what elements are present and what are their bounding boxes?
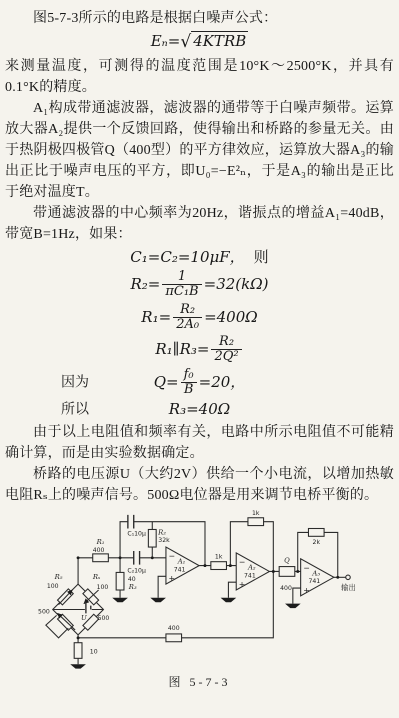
label-a3-plus: +: [303, 586, 310, 595]
fraction: R₂2A₀: [173, 303, 202, 333]
label-bridge-r5: R₅: [54, 573, 63, 581]
fraction-denominator: B: [181, 382, 197, 397]
label-a2-type: 741: [244, 572, 256, 579]
formula-r2-lhs: R₂=: [130, 275, 160, 293]
label-c1: C₁10μ: [127, 530, 146, 537]
label-bridge-rs-value: 100: [97, 584, 109, 591]
paragraph-experimental-note: 由于以上电阻值和频率有关，电路中所示电阻值不可能精确计算，而是由实验数据确定。: [5, 422, 394, 464]
circuit-diagram: R₁ 400 C₁10μ R₂ 32k C₂10μ 40 R₃ − A₁ 741…: [5, 508, 399, 672]
formula-r3-text: R₃=40Ω: [169, 400, 230, 418]
label-q: Q: [284, 557, 290, 565]
label-bridge-500: 500: [98, 615, 110, 622]
fraction: 1πC₁B: [162, 270, 201, 300]
label-r3: R₃: [128, 583, 137, 591]
formula-q-factor: 因为 Q=f₀B=20，: [5, 368, 394, 398]
formula-en-lhs: Eₙ=: [151, 32, 181, 50]
capacitor-c1: [128, 515, 134, 529]
formula-c-math: C₁=C₂=10μF，: [130, 248, 244, 266]
paragraph-filter-specs: 带通滤波器的中心频率为20Hz，谐振点的增益A₁=40dB，带宽B=1Hz，如果…: [5, 203, 394, 245]
label-pot-500: 500: [38, 609, 50, 616]
label-a2: A₂: [247, 564, 256, 572]
fraction-denominator: 2A₀: [173, 317, 202, 332]
formula-capacitors: C₁=C₂=10μF，则: [5, 248, 394, 267]
fraction-denominator: 2Q²: [211, 349, 241, 364]
label-1k-feedback: 1k: [252, 510, 260, 517]
label-a1-minus: −: [169, 552, 176, 561]
formula-q-lhs: Q=: [154, 373, 179, 391]
fraction-numerator: R₂: [211, 335, 241, 349]
battery-u: [86, 602, 91, 614]
formula-r2: R₂=1πC₁B=32(kΩ): [5, 270, 394, 300]
formula-noise-voltage: Eₙ=√4KTRB: [5, 32, 394, 53]
label-1k-series: 1k: [215, 554, 223, 561]
formula-r2-rhs: =32(kΩ): [204, 275, 269, 293]
label-bridge-r5-value: 100: [47, 583, 59, 590]
resistor-r3: [116, 573, 124, 591]
paragraph-bridge-source: 桥路的电压源U（大约2V）供给一个小电流，以增加热敏电阻Rₛ上的噪声信号。500…: [5, 464, 394, 506]
sqrt-sign: √: [180, 32, 191, 52]
label-r1: R₁: [96, 538, 105, 546]
label-2k-feedback: 2k: [313, 539, 321, 546]
fraction-numerator: 1: [162, 270, 201, 284]
resistor-1k-series: [211, 562, 227, 570]
label-a3: A₃: [311, 569, 320, 577]
formula-r1: R₁=R₂2A₀=400Ω: [5, 303, 394, 333]
formula-q-rhs: =20，: [199, 373, 246, 391]
label-a3-minus: −: [303, 564, 310, 573]
resistor-1k-feedback: [248, 518, 264, 526]
label-a1-type: 741: [174, 567, 186, 574]
output-terminal: [346, 575, 350, 579]
label-output: 输出: [341, 583, 356, 592]
figure-caption: 图 5-7-3: [5, 672, 394, 693]
therefore-label: 所以: [61, 401, 89, 419]
label-r2: R₂: [157, 528, 166, 536]
because-label: 因为: [61, 374, 89, 392]
fraction-numerator: f₀: [181, 368, 197, 382]
formula-r3-result: 所以 R₃=40Ω: [5, 400, 394, 419]
formula-r1-lhs: R₁=: [141, 307, 171, 325]
potentiometer-500: [58, 614, 74, 630]
label-c2: C₂10μ: [127, 568, 146, 575]
label-bridge-rs: Rₛ: [92, 573, 101, 581]
fraction: R₂2Q²: [211, 335, 241, 365]
paragraph-temperature-range: 来测量温度，可测得的温度范围是10°K～2500°K，并具有0.1°K的精度。: [5, 56, 394, 98]
label-r10: 10: [90, 649, 98, 656]
paragraph-filter-description: A₁构成带通滤波器，滤波器的通带等于白噪声频带。运算放大器A₂提供一个反馈回路，…: [5, 98, 394, 203]
resistor-10: [74, 643, 82, 659]
label-a1: A₁: [177, 558, 186, 566]
formula-c-tail: 则: [254, 248, 269, 266]
label-r2-value: 32k: [158, 537, 170, 544]
label-a2-plus: +: [239, 580, 246, 589]
resistor-400-feedback: [166, 634, 182, 642]
formula-parallel-lhs: R₁∥R₃=: [155, 340, 209, 358]
formula-r1-rhs: =400Ω: [204, 307, 258, 325]
paragraph-intro: 图5-7-3所示的电路是根据白噪声公式：: [5, 8, 394, 29]
tube-q: [279, 567, 295, 577]
label-400-feedback: 400: [168, 625, 180, 632]
label-q-value: 400: [280, 585, 292, 592]
junction-dots: [77, 556, 340, 639]
fraction-numerator: R₂: [173, 303, 202, 317]
formula-parallel: R₁∥R₃=R₂2Q²: [5, 335, 394, 365]
label-a2-minus: −: [239, 558, 246, 567]
wheatstone-bridge: [46, 584, 104, 638]
label-a1-plus: +: [169, 574, 176, 583]
fraction-denominator: πC₁B: [162, 284, 201, 299]
resistor-r2: [148, 530, 156, 548]
resistor-r1: [93, 554, 109, 562]
formula-en-radicand: 4KTRB: [191, 31, 248, 50]
scanned-textbook-page: 图5-7-3所示的电路是根据白噪声公式： Eₙ=√4KTRB 来测量温度，可测得…: [0, 0, 399, 718]
ground-symbols: [70, 598, 300, 669]
label-a3-type: 741: [308, 578, 320, 585]
label-voltage-source-u: U: [81, 614, 87, 622]
capacitor-c2: [134, 551, 140, 565]
resistor-2k-feedback: [308, 529, 324, 537]
fraction: f₀B: [181, 368, 197, 398]
label-r1-value: 400: [93, 547, 105, 554]
